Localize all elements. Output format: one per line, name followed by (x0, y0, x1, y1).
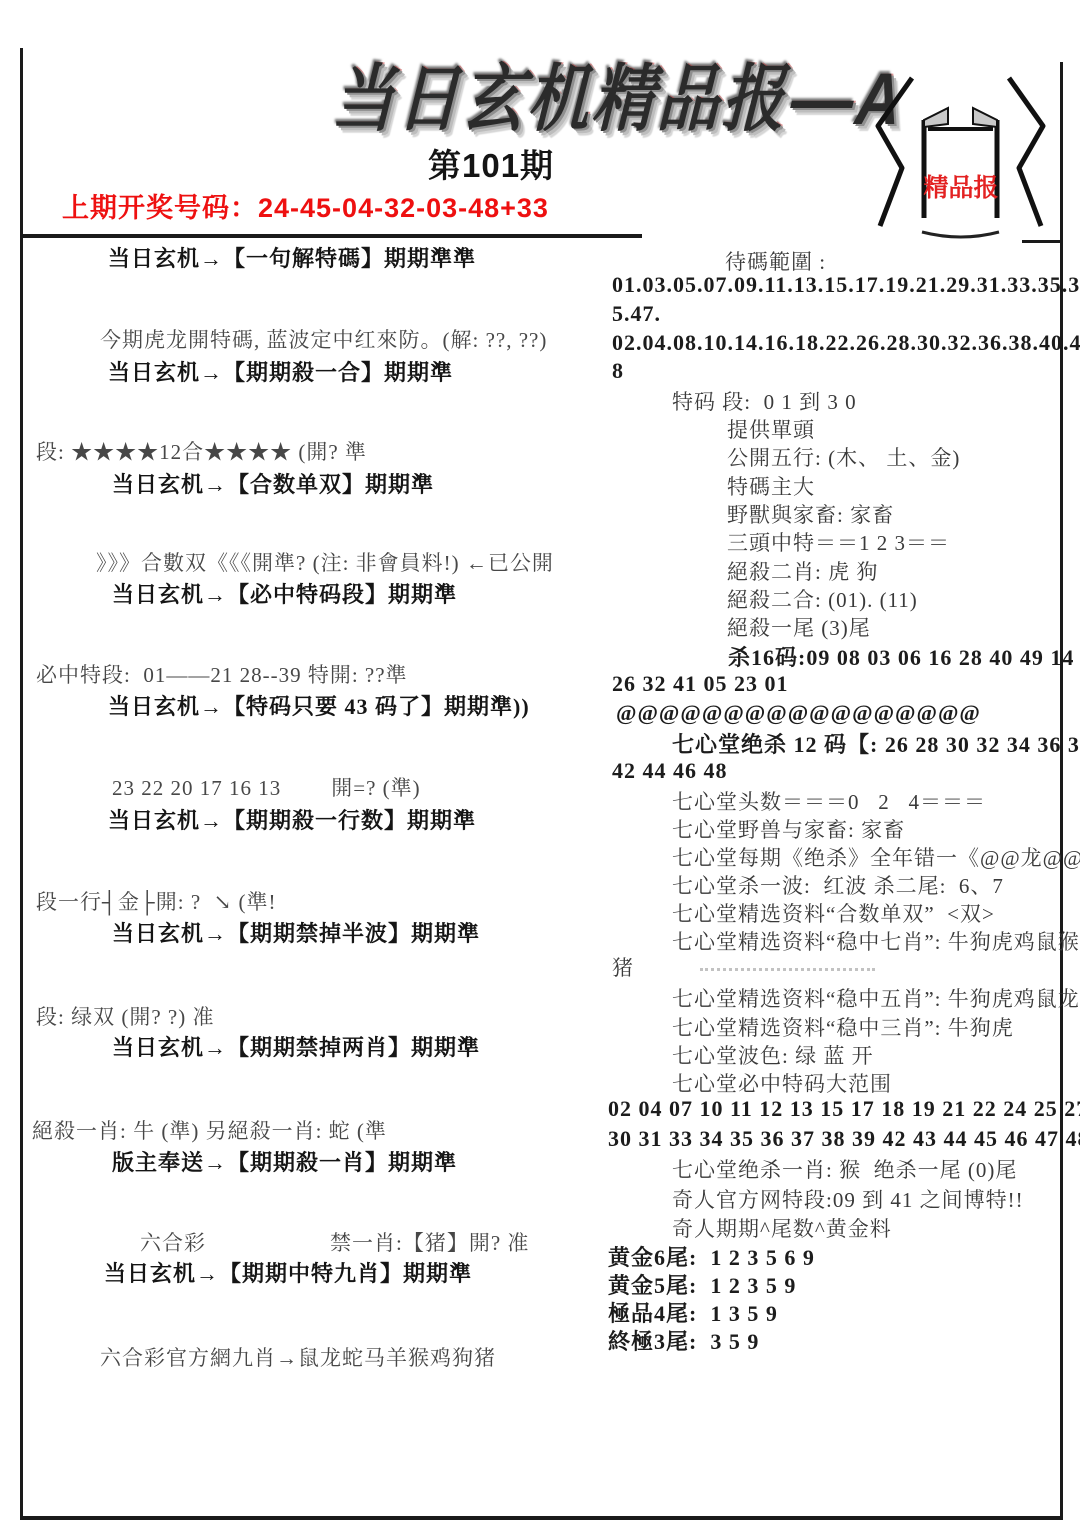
right-column-line: 七心堂精选资料“合数单双” <双> (672, 898, 995, 928)
left-column-line: 段一行┤金├開: ? ↘ (準! (36, 886, 277, 916)
right-column-line: 01.03.05.07.09.11.13.15.17.19.21.29.31.3… (612, 272, 1080, 298)
right-column-line: 特码 段: 0 1 到 3 0 (672, 386, 857, 416)
left-column-line: 当日玄机→【期期殺一合】期期準 (108, 356, 453, 387)
issue-number: 第101期 (428, 140, 554, 187)
right-column-line: 42 44 46 48 (612, 758, 728, 784)
right-column-line: 七心堂绝杀 12 码【: 26 28 30 32 34 36 38 40 (672, 728, 1080, 759)
left-column-line: 当日玄机→【期期殺一行数】期期準 (108, 804, 476, 835)
left-column-line: 必中特段: 01——21 28--39 特開: ??準 (36, 659, 408, 689)
left-column-line: 当日玄机→【必中特码段】期期準 (112, 578, 457, 609)
right-column-line: 極品4尾: 1 3 5 9 (608, 1297, 778, 1328)
right-column-line: 5.47. (612, 301, 661, 327)
page-border-left (20, 48, 23, 1520)
right-column-line: 特碼主大 (727, 471, 815, 501)
left-column-line: 段: ★★★★12合★★★★ (開? 準 (36, 436, 367, 466)
last-draw-numbers: 上期开奖号码：24-45-04-32-03-48+33 (62, 186, 549, 225)
right-column-line: 絕殺一尾 (3)尾 (727, 612, 871, 642)
left-column-line: 当日玄机→【期期中特九肖】期期準 (104, 1257, 472, 1288)
smudge-line (700, 968, 875, 971)
right-column-line: 杀16码:09 08 03 06 16 28 40 49 14 20 (728, 641, 1080, 672)
page-title-3d: 当日玄机精品报—A (326, 40, 920, 145)
right-column-line: 26 32 41 05 23 01 (612, 671, 789, 697)
left-column-line: 当日玄机→【期期禁掉半波】期期準 (112, 917, 480, 948)
left-column-line: 段: 绿双 (開? ?) 准 (36, 1001, 214, 1031)
left-column-line: 23 22 20 17 16 13 開=? (準) (112, 772, 421, 802)
right-column-line: 奇人官方网特段:09 到 41 之间博特!! (672, 1184, 1024, 1214)
right-column-line: 猪 (612, 952, 634, 982)
right-column-line: 七心堂杀一波: 红波 杀二尾: 6、7 (672, 870, 1004, 900)
right-column-line: @@@@@@@@@@@@@@@@@ (616, 700, 981, 726)
page-border-bottom (20, 1516, 1063, 1520)
left-column-line: 版主奉送→【期期殺一肖】期期準 (112, 1146, 457, 1177)
left-column-line: 当日玄机→【合数单双】期期準 (112, 468, 434, 499)
right-column-line: 七心堂头数＝＝＝0 2 4＝＝＝ (672, 786, 986, 816)
logo-label: 精品报 (923, 173, 998, 202)
right-column-line: 七心堂必中特码大范围 (672, 1068, 892, 1098)
left-column-line: 》》》合數双《《《開準? (注: 非會員料!) ←已公開 (96, 547, 554, 577)
left-column-line: 当日玄机→【特码只要 43 码了】期期準)) (108, 690, 530, 721)
left-column-line: 今期虎龙開特碼, 蓝波定中红來防。(解: ??, ??) (100, 324, 547, 354)
left-column-line: 当日玄机→【期期禁掉两肖】期期準 (112, 1031, 480, 1062)
logo-collar-icon: 精品报 (858, 66, 1063, 241)
right-column-line: 02 04 07 10 11 12 13 15 17 18 19 21 22 2… (608, 1096, 1080, 1122)
lottery-name: 六合彩 (140, 1227, 206, 1257)
newspaper-page: 当日玄机精品报—A 第101期 上期开奖号码：24-45-04-32-03-48… (0, 0, 1080, 1527)
ban-zodiac-line: 禁一肖:【猪】開? 准 (330, 1227, 529, 1257)
header-divider (20, 234, 642, 238)
right-column-line: 七心堂波色: 绿 蓝 开 (672, 1040, 874, 1070)
right-column-line: 三頭中特＝＝1 2 3＝＝ (727, 527, 950, 557)
left-column-line: 六合彩官方網九肖→鼠龙蛇马羊猴鸡狗猪 (100, 1342, 496, 1372)
right-column-line: 七心堂野兽与家畜: 家畜 (672, 814, 905, 844)
right-column-line: 七心堂每期《绝杀》全年错一《@@龙@@》 (672, 842, 1080, 872)
right-column-line: 8 (612, 358, 624, 384)
right-column-line: 公開五行: (木、 土、金) (727, 442, 960, 472)
right-column-line: 七心堂绝杀一肖: 猴 绝杀一尾 (0)尾 (672, 1154, 1017, 1184)
right-column-line: 奇人期期^尾数^黄金料 (672, 1213, 892, 1243)
right-column-line: 七心堂精选资料“稳中三肖”: 牛狗虎 (672, 1012, 1014, 1042)
left-column-line: 当日玄机→【一句解特碼】期期準準 (108, 242, 476, 273)
left-column-line: 絕殺一肖: 牛 (準) 另絕殺一肖: 蛇 (準 (32, 1115, 387, 1145)
right-column-line: 七心堂精选资料“稳中五肖”: 牛狗虎鸡鼠龙 (672, 983, 1080, 1013)
right-column-line: 野獸與家畜: 家畜 (727, 499, 894, 529)
right-column-line: 終極3尾: 3 5 9 (608, 1325, 759, 1356)
right-column-line: 30 31 33 34 35 36 37 38 39 42 43 44 45 4… (608, 1126, 1080, 1152)
right-column-line: 絕殺二合: (01). (11) (727, 584, 918, 614)
right-column-line: 七心堂精选资料“稳中七肖”: 牛狗虎鸡鼠猴 (672, 926, 1080, 956)
right-column-line: 提供單頭 (727, 414, 815, 444)
right-column-line: 黄金5尾: 1 2 3 5 9 (608, 1269, 796, 1300)
right-column-line: 02.04.08.10.14.16.18.22.26.28.30.32.36.3… (612, 330, 1080, 356)
right-column-line: 黄金6尾: 1 2 3 5 6 9 (608, 1241, 815, 1272)
right-column-line: 絕殺二肖: 虎 狗 (727, 556, 878, 586)
